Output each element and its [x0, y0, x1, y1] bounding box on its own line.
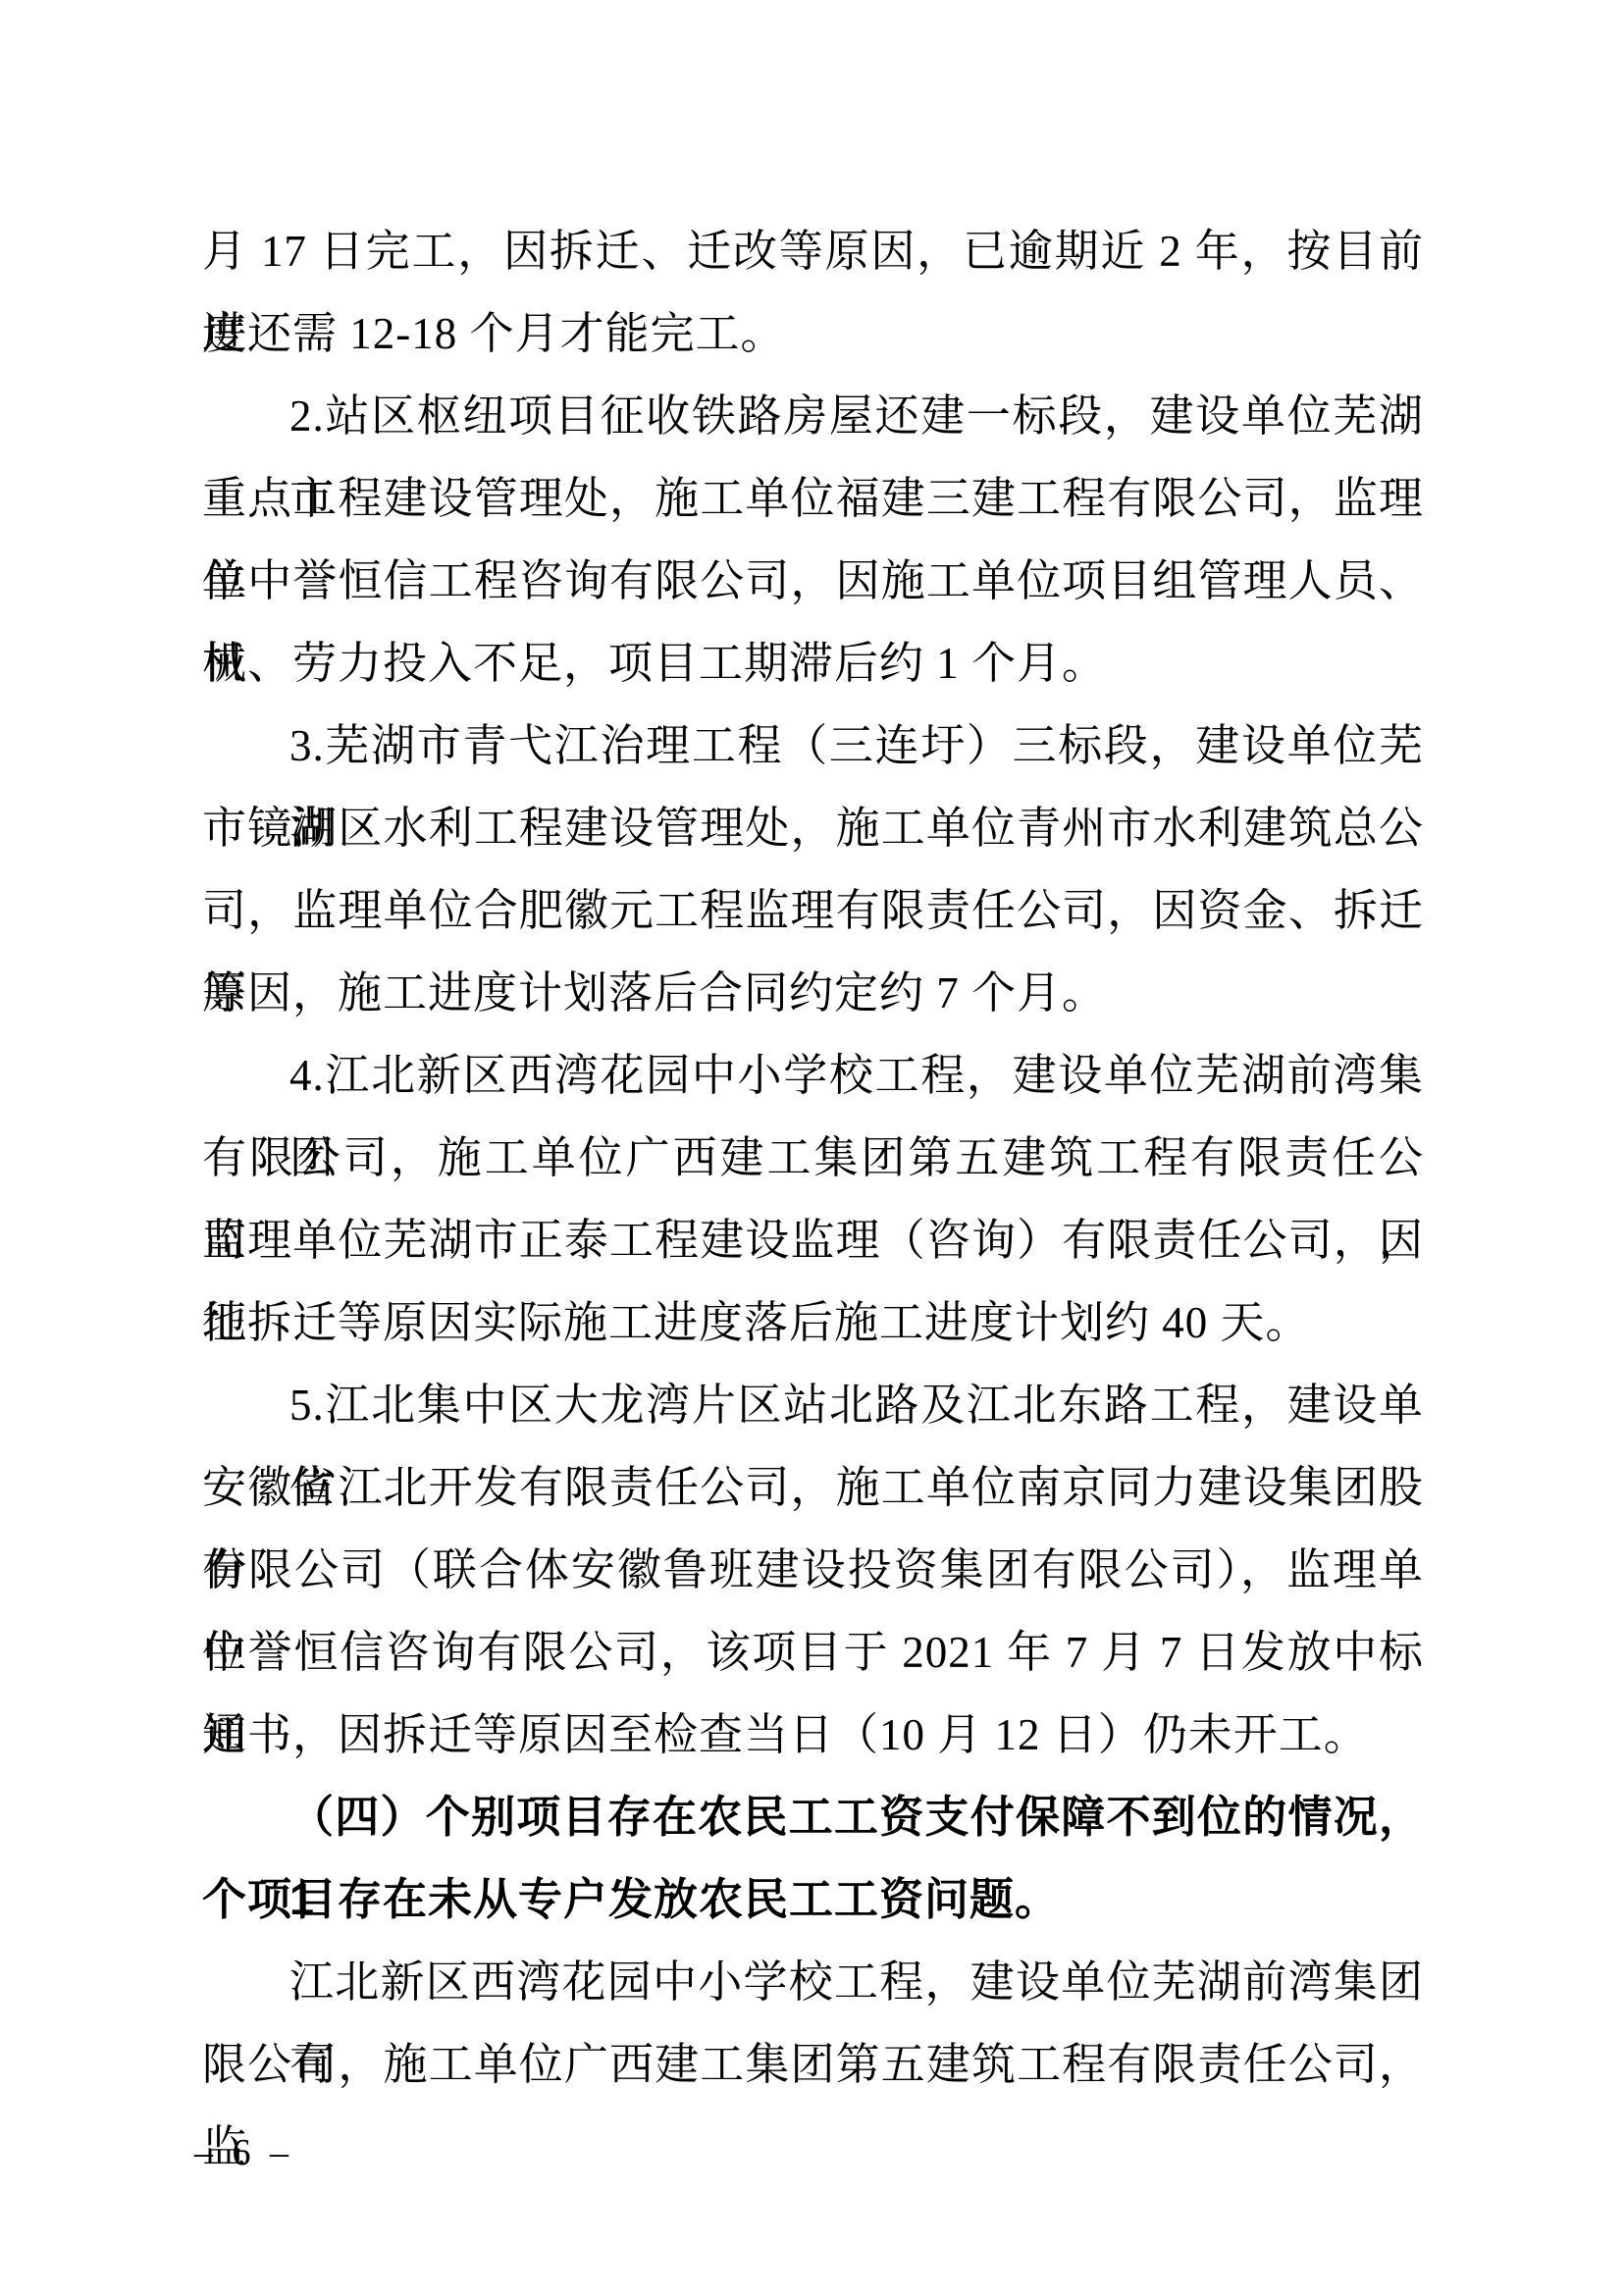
text-line: 中誉恒信咨询有限公司，该项目于 2021 年 7 月 7 日发放中标通 — [202, 1611, 1424, 1694]
page-number: – 6 – — [194, 2117, 293, 2188]
text-line: 5.江北集中区大龙湾片区站北路及江北东路工程，建设单位 — [202, 1364, 1424, 1446]
text-line: 安徽省江北开发有限责任公司，施工单位南京同力建设集团股份 — [202, 1446, 1424, 1529]
text-line: 知书，因拆迁等原因至检查当日（10 月 12 日）仍未开工。 — [202, 1694, 1424, 1776]
document-page: { "colors": { "background": "#ffffff", "… — [0, 0, 1624, 2296]
heading-line: （四）个别项目存在农民工工资支付保障不到位的情况，1 — [202, 1776, 1424, 1858]
paragraph-item-4: 4.江北新区西湾花园中小学校工程，建设单位芜湖前湾集团 有限公司，施工单位广西建… — [202, 1034, 1424, 1364]
text-line: 司，监理单位合肥徽元工程监理有限责任公司，因资金、拆迁等 — [202, 869, 1424, 952]
paragraph-body: 江北新区西湾花园中小学校工程，建设单位芜湖前湾集团有 限公司，施工单位广西建工集… — [202, 1941, 1424, 2106]
paragraph-continuation: 月 17 日完工，因拆迁、迁改等原因，已逾期近 2 年，按目前进 度还需 12-… — [202, 210, 1424, 375]
document-body: 月 17 日完工，因拆迁、迁改等原因，已逾期近 2 年，按目前进 度还需 12-… — [202, 210, 1424, 2106]
paragraph-item-3: 3.芜湖市青弋江治理工程（三连圩）三标段，建设单位芜湖 市镜湖区水利工程建设管理… — [202, 704, 1424, 1034]
text-line: 4.江北新区西湾花园中小学校工程，建设单位芜湖前湾集团 — [202, 1034, 1424, 1117]
text-line: 江北新区西湾花园中小学校工程，建设单位芜湖前湾集团有 — [202, 1941, 1424, 2023]
paragraph-item-2: 2.站区枢纽项目征收铁路房屋还建一标段，建设单位芜湖市 重点工程建设管理处，施工… — [202, 375, 1424, 704]
text-line: 位中誉恒信工程咨询有限公司，因施工单位项目组管理人员、机 — [202, 540, 1424, 622]
text-line: 原因，施工进度计划落后合同约定约 7 个月。 — [202, 952, 1424, 1034]
text-line: 2.站区枢纽项目征收铁路房屋还建一标段，建设单位芜湖市 — [202, 375, 1424, 457]
section-heading: （四）个别项目存在农民工工资支付保障不到位的情况，1 个项目存在未从专户发放农民… — [202, 1776, 1424, 1941]
paragraph-item-5: 5.江北集中区大龙湾片区站北路及江北东路工程，建设单位 安徽省江北开发有限责任公… — [202, 1364, 1424, 1776]
text-line: 限公司，施工单位广西建工集团第五建筑工程有限责任公司，监 — [202, 2023, 1424, 2106]
text-line: 监理单位芜湖市正泰工程建设监理（咨询）有限责任公司，因征 — [202, 1199, 1424, 1281]
text-line: 地拆迁等原因实际施工进度落后施工进度计划约 40 天。 — [202, 1281, 1424, 1364]
text-line: 度还需 12-18 个月才能完工。 — [202, 292, 1424, 375]
text-line: 市镜湖区水利工程建设管理处，施工单位青州市水利建筑总公 — [202, 787, 1424, 869]
heading-line: 个项目存在未从专户发放农民工工资问题。 — [202, 1858, 1424, 1941]
text-line: 3.芜湖市青弋江治理工程（三连圩）三标段，建设单位芜湖 — [202, 704, 1424, 787]
text-line: 月 17 日完工，因拆迁、迁改等原因，已逾期近 2 年，按目前进 — [202, 210, 1424, 292]
text-line: 重点工程建设管理处，施工单位福建三建工程有限公司，监理单 — [202, 457, 1424, 540]
text-line: 有限公司，施工单位广西建工集团第五建筑工程有限责任公司， — [202, 1117, 1424, 1199]
text-line: 有限公司（联合体安徽鲁班建设投资集团有限公司），监理单位 — [202, 1529, 1424, 1611]
text-line: 械、劳力投入不足，项目工期滞后约 1 个月。 — [202, 622, 1424, 704]
